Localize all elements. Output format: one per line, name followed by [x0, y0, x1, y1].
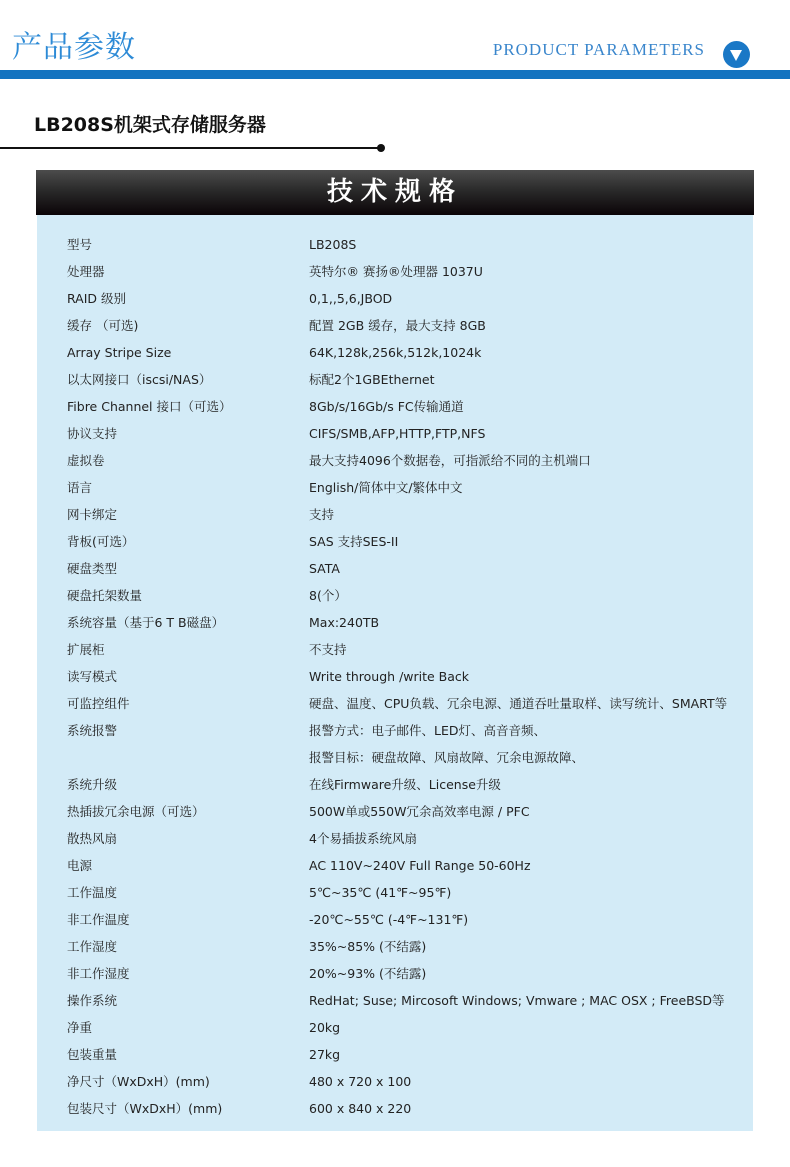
spec-value: 英特尔® 赛扬®处理器 1037U	[309, 262, 483, 282]
spec-label: 热插拔冗余电源（可选）	[67, 802, 205, 822]
spec-row: 系统升级在线Firmware升级、License升级	[37, 775, 753, 802]
spec-row: 读写模式Write through /write Back	[37, 667, 753, 694]
spec-label: RAID 级别	[67, 289, 126, 309]
spec-value: SATA	[309, 559, 340, 579]
spec-label: 净尺寸（WxDxH）(mm)	[67, 1072, 210, 1092]
spec-row: 虚拟卷最大支持4096个数据卷，可指派给不同的主机端口	[37, 451, 753, 478]
spec-row: 系统报警报警方式：电子邮件、LED灯、高音音频、	[37, 721, 753, 748]
spec-row: 热插拔冗余电源（可选）500W单或550W冗余高效率电源 / PFC	[37, 802, 753, 829]
spec-label: Fibre Channel 接口（可选）	[67, 397, 232, 417]
spec-row: 协议支持CIFS/SMB,AFP,HTTP,FTP,NFS	[37, 424, 753, 451]
spec-value: RedHat; Suse; Mircosoft Windows; Vmware …	[309, 991, 725, 1011]
spec-value: 报警方式：电子邮件、LED灯、高音音频、	[309, 721, 546, 741]
spec-row: 包装尺寸（WxDxH）(mm)600 x 840 x 220	[37, 1099, 753, 1126]
spec-value: English/简体中文/繁体中文	[309, 478, 463, 498]
spec-label: Array Stripe Size	[67, 343, 171, 363]
spec-row: 背板(可选）SAS 支持SES-II	[37, 532, 753, 559]
spec-value: -20℃~55℃ (-4℉~131℉)	[309, 910, 468, 930]
spec-label: 非工作湿度	[67, 964, 130, 984]
spec-label: 背板(可选）	[67, 532, 134, 552]
spec-value: SAS 支持SES-II	[309, 532, 398, 552]
spec-label: 以太网接口（iscsi/NAS）	[67, 370, 211, 390]
spec-row: 电源AC 110V~240V Full Range 50-60Hz	[37, 856, 753, 883]
spec-row: 可监控组件硬盘、温度、CPU负载、冗余电源、通道吞吐量取样、读写统计、SMART…	[37, 694, 753, 721]
spec-label: 工作湿度	[67, 937, 117, 957]
spec-value: 500W单或550W冗余高效率电源 / PFC	[309, 802, 530, 822]
spec-row: 报警目标：硬盘故障、风扇故障、冗余电源故障、	[37, 748, 753, 775]
spec-value: 20kg	[309, 1018, 340, 1038]
spec-label: 操作系统	[67, 991, 117, 1011]
spec-row: 工作湿度35%~85% (不结露)	[37, 937, 753, 964]
spec-label: 系统报警	[67, 721, 117, 741]
spec-value: Write through /write Back	[309, 667, 469, 687]
spec-value: 配置 2GB 缓存，最大支持 8GB	[309, 316, 486, 336]
spec-label: 包装尺寸（WxDxH）(mm)	[67, 1099, 222, 1119]
spec-label: 系统容量（基于6 T B磁盘）	[67, 613, 224, 633]
spec-label: 硬盘类型	[67, 559, 117, 579]
spec-label: 处理器	[67, 262, 105, 282]
spec-label: 包装重量	[67, 1045, 117, 1065]
spec-value: 8(个）	[309, 586, 347, 606]
spec-value: 5℃~35℃ (41℉~95℉)	[309, 883, 451, 903]
spec-label: 电源	[67, 856, 92, 876]
spec-label: 扩展柜	[67, 640, 105, 660]
spec-banner: 技术规格	[36, 170, 754, 215]
spec-label: 非工作温度	[67, 910, 130, 930]
spec-row: 网卡绑定支持	[37, 505, 753, 532]
spec-label: 散热风扇	[67, 829, 117, 849]
spec-value: 硬盘、温度、CPU负载、冗余电源、通道吞吐量取样、读写统计、SMART等	[309, 694, 727, 714]
spec-row: 包装重量27kg	[37, 1045, 753, 1072]
spec-label: 净重	[67, 1018, 92, 1038]
section-title: 产品参数	[12, 28, 136, 68]
spec-value: 35%~85% (不结露)	[309, 937, 426, 957]
header-divider-bar	[0, 70, 790, 79]
spec-value: 8Gb/s/16Gb/s FC传输通道	[309, 397, 464, 417]
spec-value: 最大支持4096个数据卷，可指派给不同的主机端口	[309, 451, 591, 471]
spec-row: 散热风扇4个易插拔系统风扇	[37, 829, 753, 856]
spec-value: Max:240TB	[309, 613, 379, 633]
spec-row: Array Stripe Size64K,128k,256k,512k,1024…	[37, 343, 753, 370]
spec-label: 协议支持	[67, 424, 117, 444]
spec-row: 语言English/简体中文/繁体中文	[37, 478, 753, 505]
spec-value: 报警目标：硬盘故障、风扇故障、冗余电源故障、	[309, 748, 584, 768]
spec-label: 可监控组件	[67, 694, 130, 714]
spec-table: 型号LB208S处理器英特尔® 赛扬®处理器 1037URAID 级别0,1,,…	[37, 215, 753, 1131]
spec-label: 网卡绑定	[67, 505, 117, 525]
product-title: LB208S机架式存储服务器	[34, 112, 266, 138]
spec-label: 工作温度	[67, 883, 117, 903]
spec-row: 扩展柜不支持	[37, 640, 753, 667]
spec-value: LB208S	[309, 235, 356, 255]
spec-label: 型号	[67, 235, 92, 255]
spec-row: 硬盘托架数量8(个）	[37, 586, 753, 613]
spec-row: 以太网接口（iscsi/NAS）标配2个1GBEthernet	[37, 370, 753, 397]
spec-label: 语言	[67, 478, 92, 498]
spec-row: 非工作温度-20℃~55℃ (-4℉~131℉)	[37, 910, 753, 937]
spec-label: 系统升级	[67, 775, 117, 795]
spec-row: 净重20kg	[37, 1018, 753, 1045]
spec-row: 非工作湿度20%~93% (不结露)	[37, 964, 753, 991]
spec-value: 0,1,,5,6,JBOD	[309, 289, 392, 309]
spec-value: AC 110V~240V Full Range 50-60Hz	[309, 856, 531, 876]
spec-row: 缓存 （可选)配置 2GB 缓存，最大支持 8GB	[37, 316, 753, 343]
spec-label: 读写模式	[67, 667, 117, 687]
spec-row: 硬盘类型SATA	[37, 559, 753, 586]
spec-label: 硬盘托架数量	[67, 586, 142, 606]
spec-value: 600 x 840 x 220	[309, 1099, 411, 1119]
spec-value: 480 x 720 x 100	[309, 1072, 411, 1092]
spec-row: 工作温度5℃~35℃ (41℉~95℉)	[37, 883, 753, 910]
spec-label: 虚拟卷	[67, 451, 105, 471]
spec-value: CIFS/SMB,AFP,HTTP,FTP,NFS	[309, 424, 485, 444]
spec-value: 20%~93% (不结露)	[309, 964, 426, 984]
section-subtitle: PRODUCT PARAMETERS	[493, 38, 705, 62]
spec-row: 操作系统RedHat; Suse; Mircosoft Windows; Vmw…	[37, 991, 753, 1018]
spec-row: 系统容量（基于6 T B磁盘）Max:240TB	[37, 613, 753, 640]
spec-label: 缓存 （可选)	[67, 316, 138, 336]
title-underline-dot	[377, 144, 385, 152]
spec-value: 支持	[309, 505, 334, 525]
chevron-down-circle-icon	[723, 41, 750, 68]
spec-value: 在线Firmware升级、License升级	[309, 775, 501, 795]
spec-value: 4个易插拔系统风扇	[309, 829, 417, 849]
spec-row: Fibre Channel 接口（可选）8Gb/s/16Gb/s FC传输通道	[37, 397, 753, 424]
spec-value: 不支持	[309, 640, 347, 660]
spec-row: RAID 级别0,1,,5,6,JBOD	[37, 289, 753, 316]
spec-value: 标配2个1GBEthernet	[309, 370, 435, 390]
spec-row: 净尺寸（WxDxH）(mm)480 x 720 x 100	[37, 1072, 753, 1099]
title-underline	[0, 147, 380, 149]
spec-row: 处理器英特尔® 赛扬®处理器 1037U	[37, 262, 753, 289]
spec-value: 64K,128k,256k,512k,1024k	[309, 343, 481, 363]
spec-row: 型号LB208S	[37, 235, 753, 262]
spec-value: 27kg	[309, 1045, 340, 1065]
